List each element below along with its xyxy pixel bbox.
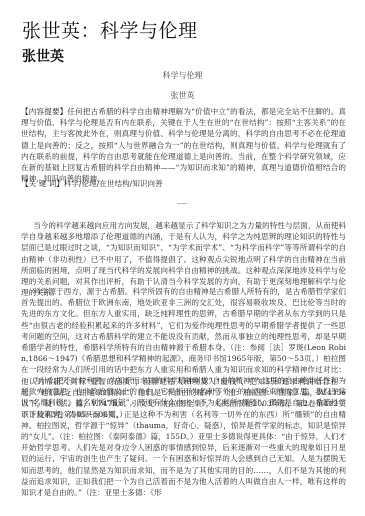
keywords-text: 科学/伦理/在世结构/知识向善 — [64, 179, 163, 188]
keywords-label: 【关 键 词】 — [21, 179, 64, 188]
document-author: 张世英 — [22, 48, 64, 66]
abstract-label: 【内容提要】 — [21, 107, 67, 116]
article-author: 张世英 — [0, 91, 365, 101]
document-page: 张世英：科学与伦理 张世英 科学与伦理 张世英 【内容提要】任何把古希腊的科学自… — [0, 0, 365, 516]
article-title: 科学与伦理 — [0, 71, 365, 81]
abstract-text: 任何把古希腊的科学自由精神理解为“价值中立”的看法，都是完全站不住脚的。真理与价… — [21, 107, 346, 183]
keywords: 【关 键 词】科学/伦理/在世结构/知识向善 — [21, 178, 346, 189]
abstract: 【内容提要】任何把古希腊的科学自由精神理解为“价值中立”的看法，都是完全站不住脚… — [21, 106, 346, 184]
body-paragraph-3: 为什么把不计较利害、为知识而求知的科学精神叫做“自由的精神”？这里的自由绝非任性… — [21, 375, 346, 498]
section-marker — [177, 203, 187, 204]
document-title: 张世英：科学与伦理 — [22, 19, 198, 43]
